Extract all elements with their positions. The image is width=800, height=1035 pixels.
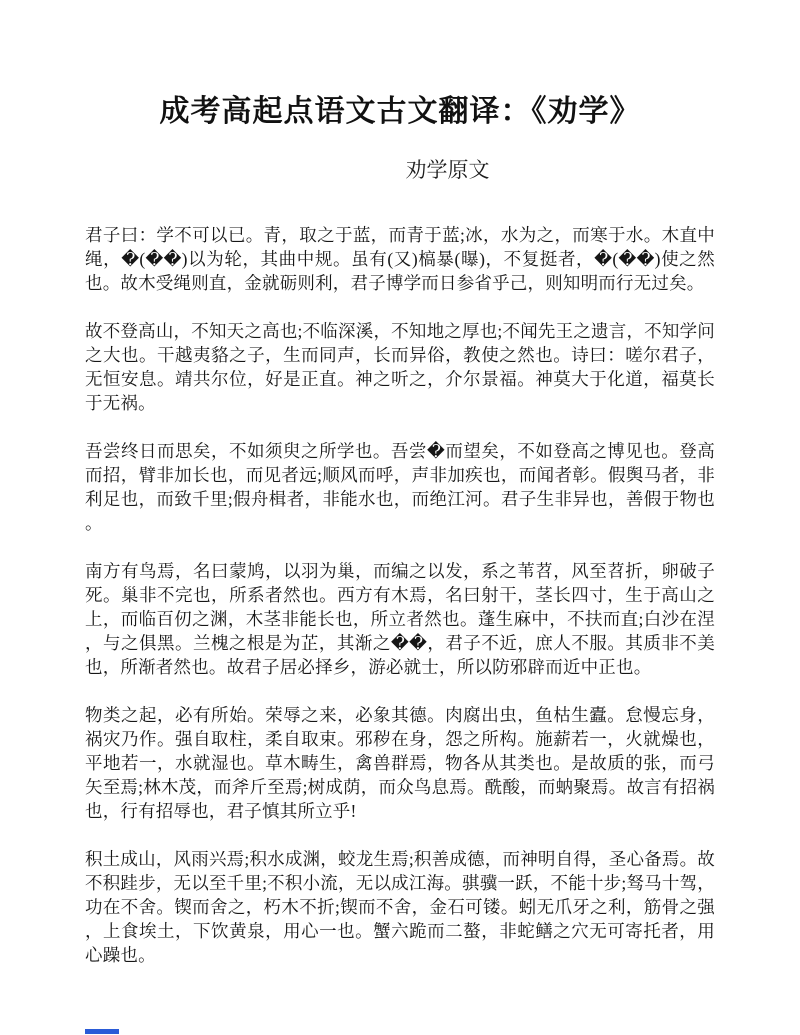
paragraph-5: 物类之起，必有所始。荣辱之来，必象其德。肉腐出虫，鱼枯生蠹。怠慢忘身，祸灾乃作。…	[85, 703, 715, 823]
paragraph-2: 故不登高山，不知天之高也;不临深溪，不知地之厚也;不闻先王之遗言，不知学问之大也…	[85, 319, 715, 415]
paragraph-4: 南方有鸟焉，名曰蒙鸠，以羽为巢，而编之以发，系之苇苕，风至苕折，卵破子死。巢非不…	[85, 559, 715, 679]
document-body: 君子曰：学不可以已。青，取之于蓝，而青于蓝;冰，水为之，而寒于水。木直中绳，�(…	[85, 223, 715, 967]
paragraph-3: 吾尝终日而思矣，不如须臾之所学也。吾尝�而望矣，不如登高之博见也。登高而招，臂非…	[85, 439, 715, 535]
hyperlink-fragment[interactable]	[85, 1029, 119, 1034]
document-title: 成考高起点语文古文翻译：《劝学》	[0, 0, 800, 130]
paragraph-1: 君子曰：学不可以已。青，取之于蓝，而青于蓝;冰，水为之，而寒于水。木直中绳，�(…	[85, 223, 715, 295]
paragraph-6: 积土成山，风雨兴焉;积水成渊，蛟龙生焉;积善成德，而神明自得，圣心备焉。故不积跬…	[85, 847, 715, 967]
document-subtitle: 劝学原文	[0, 130, 800, 183]
document-page: 成考高起点语文古文翻译：《劝学》 劝学原文 君子曰：学不可以已。青，取之于蓝，而…	[0, 0, 800, 1035]
